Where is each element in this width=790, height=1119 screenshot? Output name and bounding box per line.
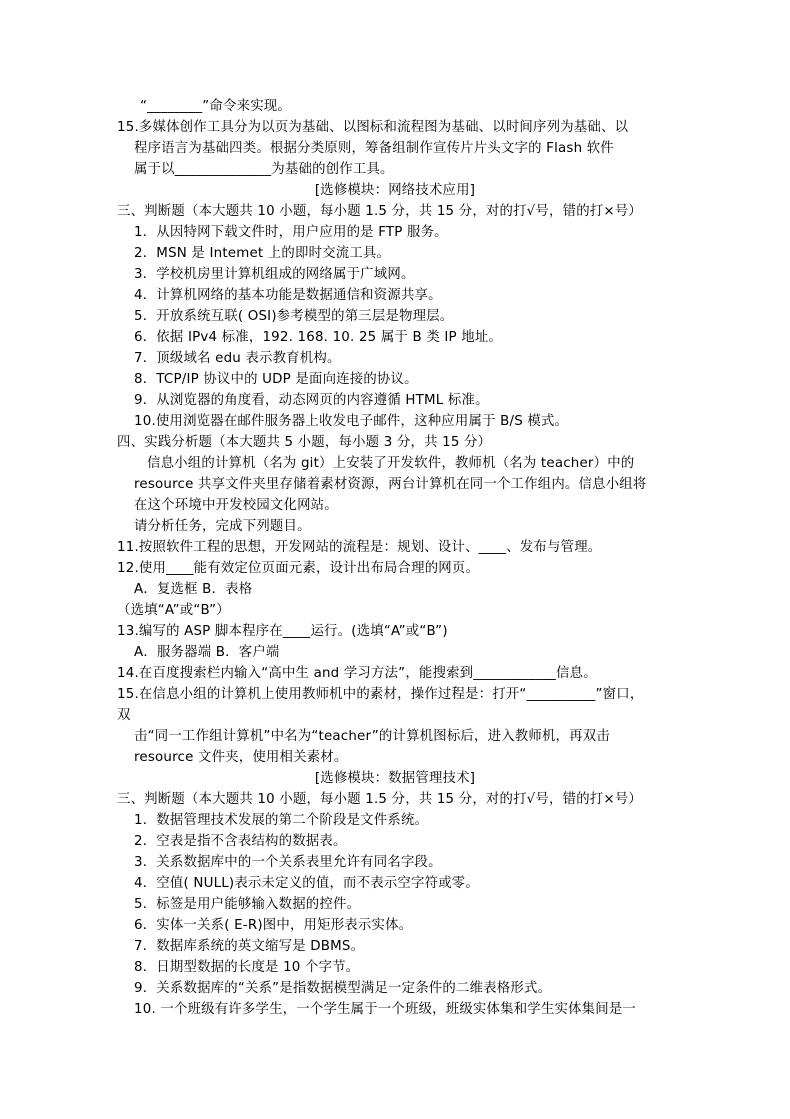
text-line: 请分析任务，完成下列题目。 — [134, 517, 311, 537]
text-line: 2．空表是指不含表结构的数据表。 — [134, 832, 347, 852]
text-line: 5．标签是用户能够输入数据的控件。 — [134, 895, 360, 915]
text-line: 5．开放系统互联( OSI)参考模型的第三层是物理层。 — [134, 307, 453, 327]
text-line: 属于以______________为基础的创作工具。 — [134, 160, 394, 180]
text-line: 7．数据库系统的英文缩写是 DBMS。 — [134, 937, 364, 957]
text-line: 9．从浏览器的角度看，动态网页的内容遵循 HTML 标准。 — [134, 391, 489, 411]
text-line: 10. 一个班级有许多学生，一个学生属于一个班级，班级实体集和学生实体集间是一 — [134, 1000, 636, 1020]
text-line: 6．依据 IPv4 标准，192. 168. 10. 25 属于 B 类 IP … — [134, 328, 502, 348]
text-line: 双 — [117, 706, 131, 726]
text-line: resource 文件夹，使用相关素材。 — [134, 748, 347, 768]
text-line: 4．计算机网络的基本功能是数据通信和资源共享。 — [134, 286, 442, 306]
text-line: 信息小组的计算机（名为 git）上安装了开发软件，教师机（名为 teacher）… — [147, 454, 634, 474]
text-line: 1．从因特网下载文件时，用户应用的是 FTP 服务。 — [134, 223, 448, 243]
text-line: 4．空值( NULL)表示未定义的值，而不表示空字符或零。 — [134, 874, 479, 894]
text-line: “________”命令来实现。 — [140, 97, 291, 117]
text-line: 10.使用浏览器在邮件服务器上收发电子邮件，这种应用属于 B/S 模式。 — [134, 412, 568, 432]
text-line: resource 共享文件夹里存储着素材资源，两台计算机在同一个工作组内。信息小… — [134, 475, 646, 495]
document-page: “________”命令来实现。15.多媒体创作工具分为以页为基础、以图标和流程… — [0, 0, 790, 1119]
section-heading: [选修模块：数据管理技术] — [0, 769, 790, 789]
text-line: 3．学校机房里计算机组成的网络属于广域网。 — [134, 265, 415, 285]
text-line: 8．日期型数据的长度是 10 个字节。 — [134, 958, 359, 978]
text-line: A．服务器端 B．客户端 — [134, 643, 280, 663]
text-line: 3．关系数据库中的一个关系表里允许有同名字段。 — [134, 853, 442, 873]
text-line: 四、实践分析题（本大题共 5 小题，每小题 3 分，共 15 分） — [117, 433, 491, 453]
text-line: 6．实体一关系( E-R)图中，用矩形表示实体。 — [134, 916, 412, 936]
text-line: 程序语言为基础四类。根据分类原则，筹备组制作宣传片片头文字的 Flash 软件 — [134, 139, 614, 159]
text-line: 8．TCP/IP 协议中的 UDP 是面向连接的协议。 — [134, 370, 418, 390]
text-line: 15.多媒体创作工具分为以页为基础、以图标和流程图为基础、以时间序列为基础、以 — [117, 118, 628, 138]
text-line: 7．顶级域名 edu 表示教育机构。 — [134, 349, 341, 369]
text-line: 11.按照软件工程的思想，开发网站的流程是：规划、设计、____、发布与管理。 — [117, 538, 601, 558]
text-line: 在这个环境中开发校园文化网站。 — [134, 496, 338, 516]
section-heading: [选修模块：网络技术应用] — [0, 181, 790, 201]
text-line: 15.在信息小组的计算机上使用教师机中的素材，操作过程是：打开“________… — [117, 685, 643, 705]
text-line: 三、判断题（本大题共 10 小题，每小题 1.5 分，共 15 分，对的打√号，… — [117, 790, 642, 810]
text-line: 2．MSN 是 Intemet 上的即时交流工具。 — [134, 244, 390, 264]
text-line: 三、判断题（本大题共 10 小题，每小题 1.5 分，共 15 分，对的打√号，… — [117, 202, 642, 222]
text-line: 13.编写的 ASP 脚本程序在____运行。(选填“A”或“B”) — [117, 622, 448, 642]
text-line: 击“同一工作组计算机”中名为“teacher”的计算机图标后，进入教师机，再双击 — [134, 727, 610, 747]
text-line: 9．关系数据库的“关系”是指数据模型满足一定条件的二维表格形式。 — [134, 979, 551, 999]
text-line: 14.在百度搜索栏内输入“高中生 and 学习方法”，能搜索到_________… — [117, 664, 597, 684]
text-line: A．复选框 B．表格 — [134, 580, 252, 600]
text-line: 1．数据管理技术发展的第二个阶段是文件系统。 — [134, 811, 428, 831]
text-line: （选填“A”或“B”） — [117, 601, 230, 621]
text-line: 12.使用____能有效定位页面元素，设计出布局合理的网页。 — [117, 559, 479, 579]
